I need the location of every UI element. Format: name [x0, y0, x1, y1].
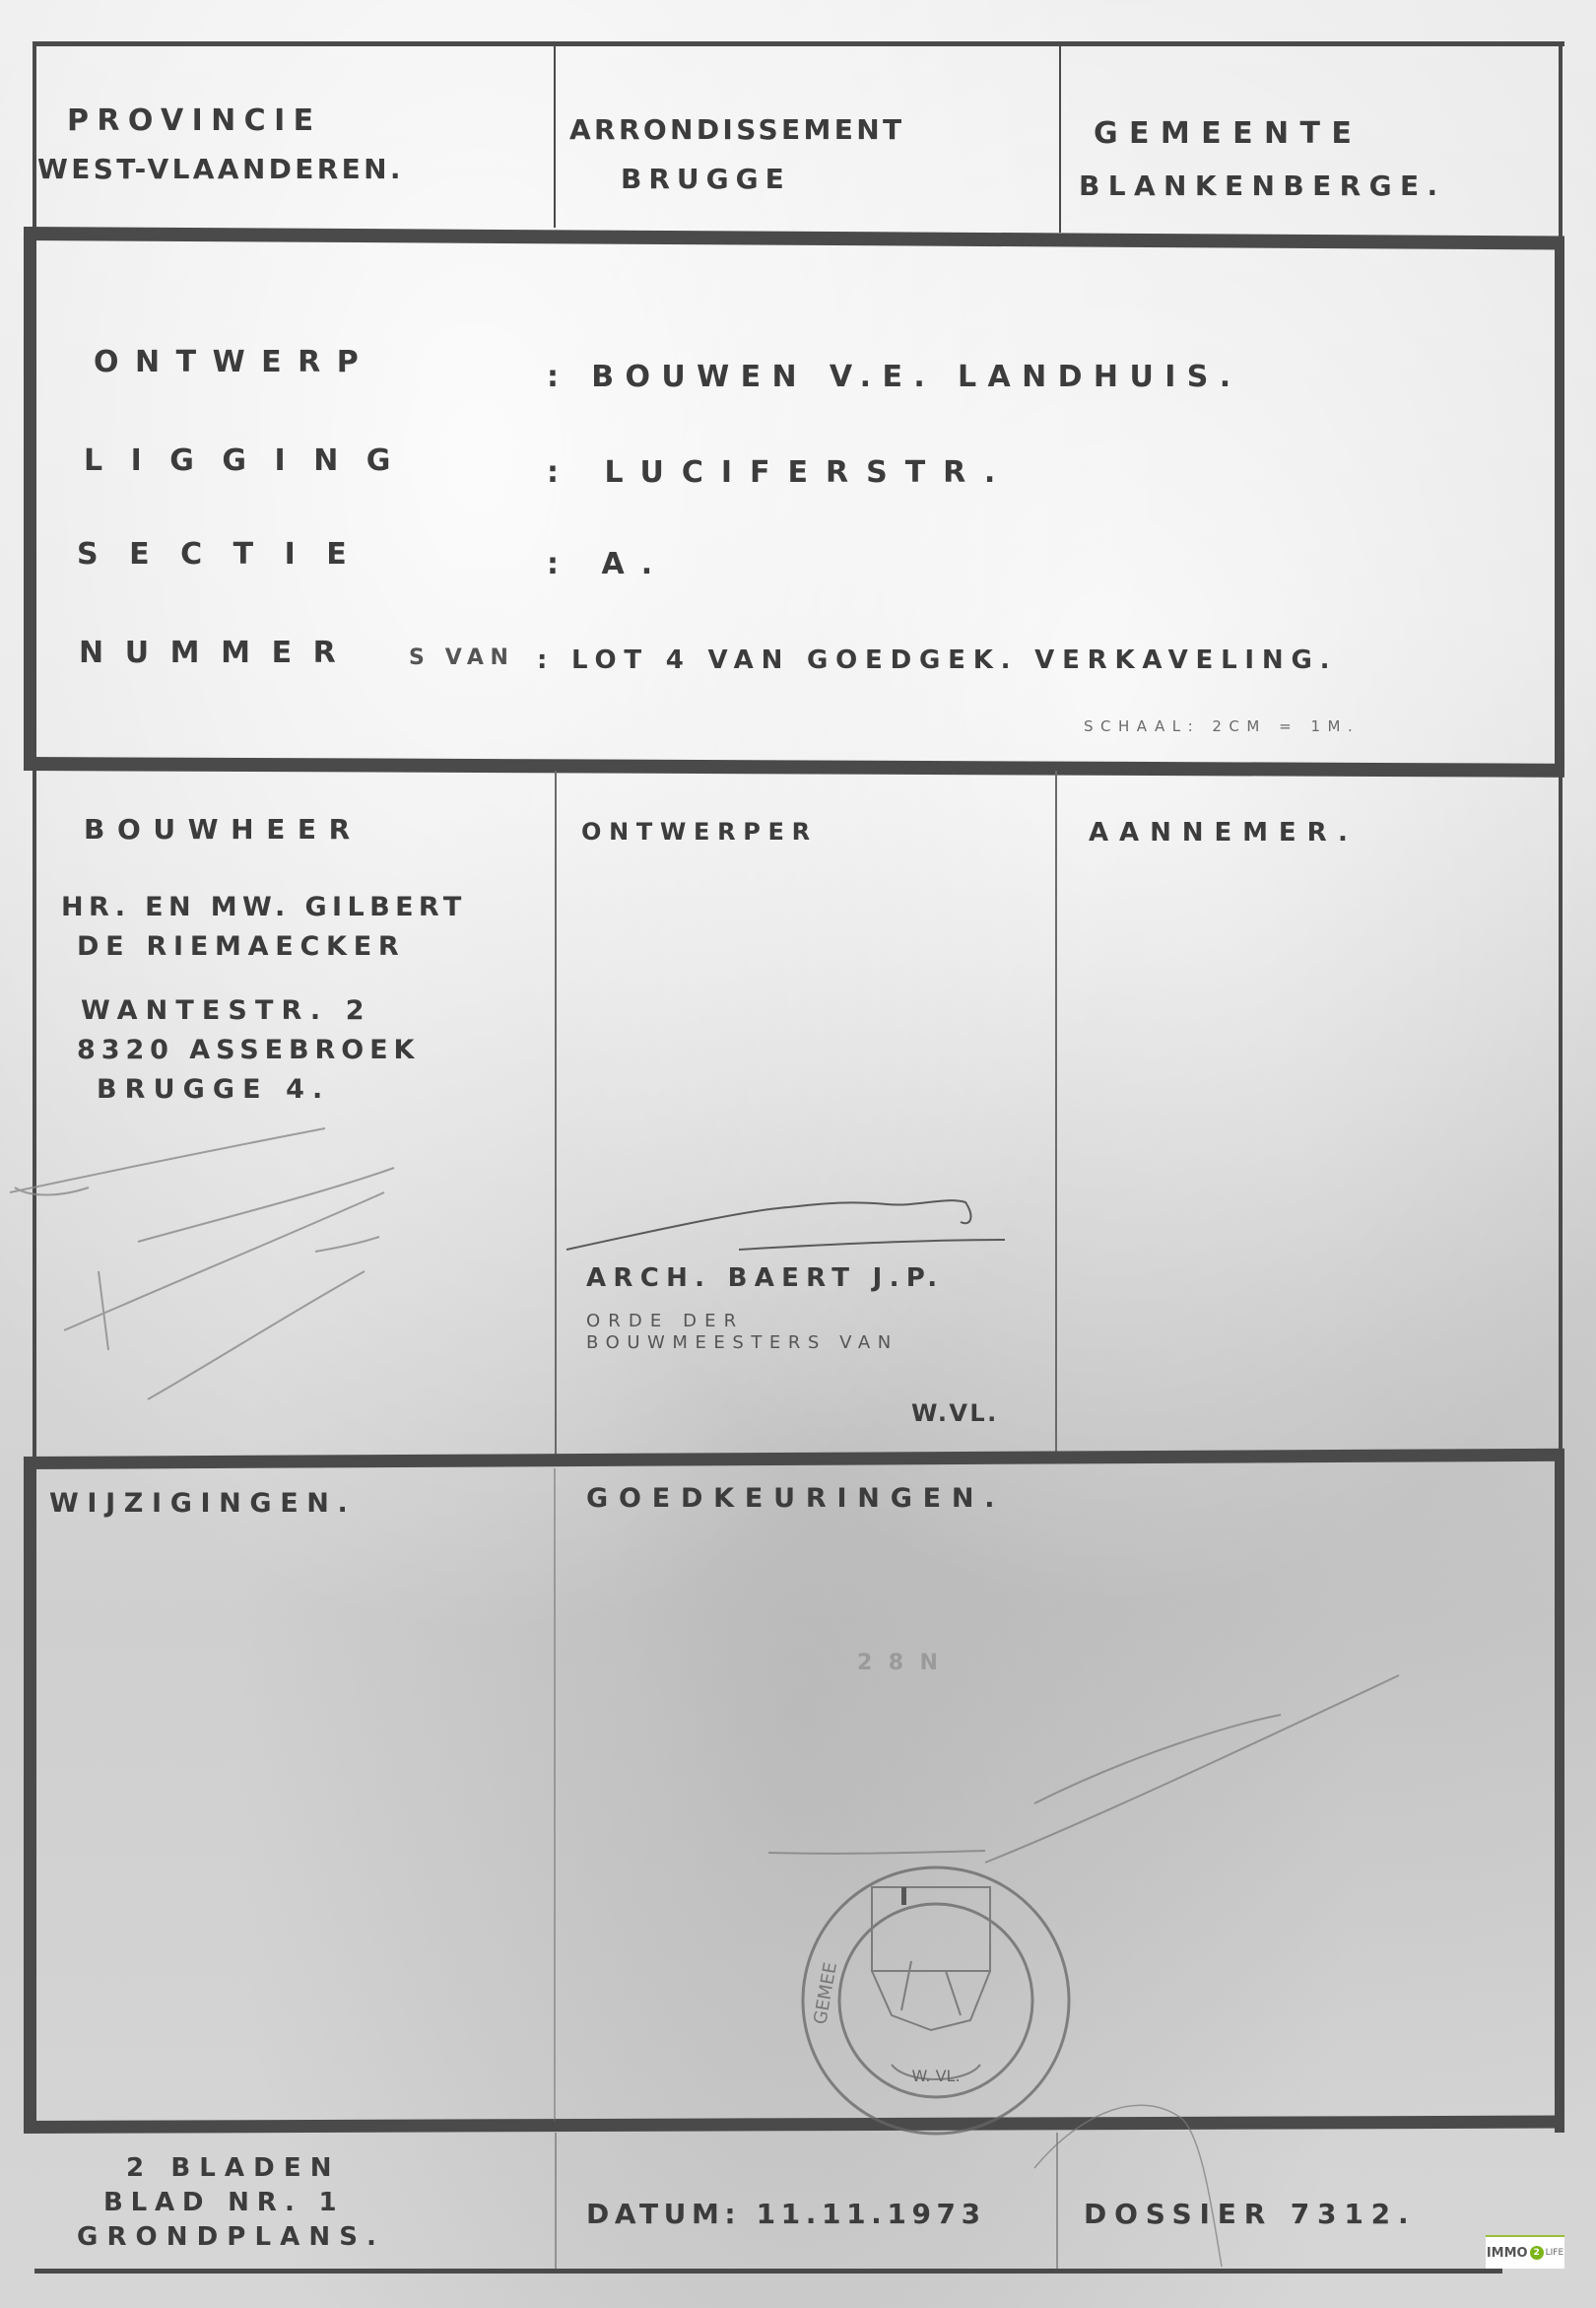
- stamp-ring-text: GEMEE: [810, 1961, 841, 2026]
- stamp-inner-text: W. VL.: [911, 2067, 960, 2085]
- municipal-stamp: [803, 1867, 1069, 2134]
- designer-signature: [566, 1200, 1005, 1250]
- approval-pencil-lines: [768, 1675, 1399, 2267]
- handwritten-marks: W. VL. GEMEE: [0, 0, 1596, 2308]
- owner-signature-scribble: [10, 1128, 394, 1399]
